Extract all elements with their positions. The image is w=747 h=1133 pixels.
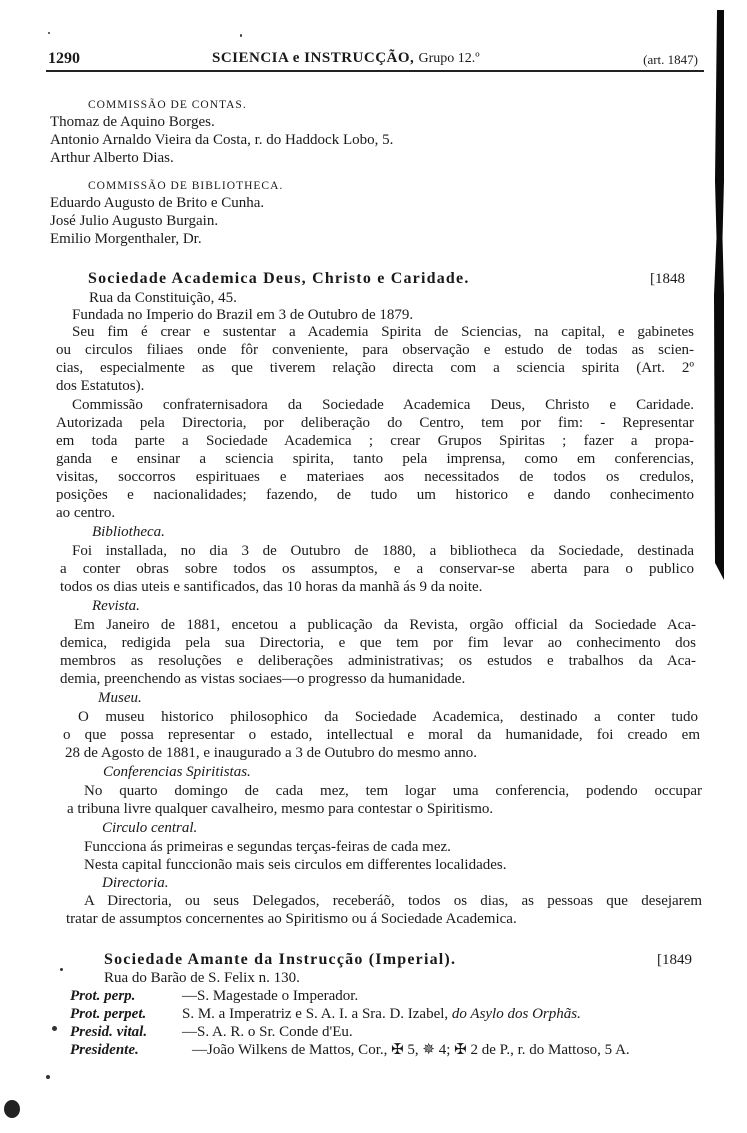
scan-blot: [4, 1100, 20, 1118]
section-line: No quarto domingo de cada mez, tem logar…: [84, 782, 702, 800]
subsection-title-revista: Revista.: [92, 597, 140, 615]
scan-speck: [52, 1026, 57, 1031]
scan-speck: [60, 968, 63, 971]
running-header: 1290 SCIENCIA e INSTRUCÇÃO, Grupo 12.º (…: [46, 48, 704, 72]
purpose-line: ou circulos filiaes onde fôr conveniente…: [56, 341, 694, 359]
entry-number: [1849: [657, 951, 692, 969]
entry-address: Rua da Constituição, 45.: [89, 289, 237, 307]
officer-role: Presidente.: [70, 1041, 192, 1059]
header-title: SCIENCIA e INSTRUCÇÃO, Grupo 12.º: [212, 50, 480, 67]
officer-role: Prot. perp.: [70, 987, 182, 1005]
section-line: Em Janeiro de 1881, encetou a publicação…: [74, 616, 696, 634]
subsection-title-bibliotheca: Bibliotheca.: [92, 523, 165, 541]
section-heading-contas: COMMISSÃO DE CONTAS.: [88, 96, 247, 114]
section-line: todos os dias uteis e santificados, das …: [60, 578, 482, 596]
section-line: demia, preenchendo as vistas sociaes—o p…: [60, 670, 465, 688]
section-line: Foi installada, no dia 3 de Outubro de 1…: [72, 542, 694, 560]
officer-row: Presid. vital.—S. A. R. o Sr. Conde d'Eu…: [70, 1023, 353, 1041]
scan-speck: [48, 32, 50, 34]
officer-row: Prot. perp.—S. Magestade o Imperador.: [70, 987, 358, 1005]
subsection-title-conferencias: Conferencias Spiritistas.: [103, 763, 251, 781]
member-name: Antonio Arnaldo Vieira da Costa, r. do H…: [50, 131, 393, 149]
entry-title-academica: Sociedade Academica Deus, Christo e Cari…: [88, 270, 470, 288]
section-heading-bibliotheca: COMMISSÃO DE BIBLIOTHECA.: [88, 177, 283, 195]
member-name: Thomaz de Aquino Borges.: [50, 113, 215, 131]
officer-text: S. M. a Imperatriz e S. A. I. a Sra. D. …: [182, 1006, 452, 1022]
subsection-title-museu: Museu.: [98, 689, 142, 707]
commissao-line: Commissão confraternisadora da Sociedade…: [72, 396, 694, 414]
section-line: O museu historico philosophico da Socied…: [78, 708, 698, 726]
commissao-line: visitas, soccorros espirituaes e materia…: [56, 468, 694, 486]
officer-text: —S. A. R. o Sr. Conde d'Eu.: [182, 1024, 353, 1040]
officer-role: Presid. vital.: [70, 1023, 182, 1041]
section-line: Funcciona ás primeiras e segundas terças…: [84, 838, 451, 856]
section-line: a conter obras sobre todos os assumptos,…: [60, 560, 694, 578]
officer-role: Prot. perpet.: [70, 1005, 182, 1023]
section-line: tratar de assumptos concernentes ao Spir…: [66, 910, 517, 928]
section-line: Nesta capital funccionão mais seis circu…: [84, 856, 506, 874]
member-name: Emilio Morgenthaler, Dr.: [50, 230, 202, 248]
header-article: (art. 1847): [643, 52, 698, 68]
purpose-line: dos Estatutos).: [56, 377, 144, 395]
subsection-title-circulo: Circulo central.: [102, 819, 197, 837]
page-number: 1290: [48, 50, 80, 68]
commissao-line: ganda e ensinar a sciencia spirita, tant…: [56, 450, 694, 468]
officer-text: —S. Magestade o Imperador.: [182, 988, 358, 1004]
entry-founded: Fundada no Imperio do Brazil em 3 de Out…: [72, 306, 413, 324]
member-name: Eduardo Augusto de Brito e Cunha.: [50, 194, 264, 212]
commissao-line: posições e nacionalidades; fazendo, de t…: [56, 486, 694, 504]
commissao-line: Autorizada pela Directoria, por delibera…: [56, 414, 694, 432]
section-line: A Directoria, ou seus Delegados, receber…: [84, 892, 702, 910]
commissao-line: ao centro.: [56, 504, 115, 522]
section-line: o que possa representar o estado, intell…: [63, 726, 700, 744]
officer-text-italic: do Asylo dos Orphãs.: [452, 1006, 581, 1022]
header-group: Grupo 12.º: [419, 51, 480, 66]
section-line: demica, redigida pela sua Directoria, e …: [60, 634, 696, 652]
section-line: a tribuna livre qualquer cavalheiro, mes…: [67, 800, 493, 818]
scan-speck: [240, 34, 242, 37]
scanned-page: 1290 SCIENCIA e INSTRUCÇÃO, Grupo 12.º (…: [0, 0, 747, 1133]
entry-address: Rua do Barão de S. Felix n. 130.: [104, 969, 300, 987]
binding-edge-shadow: [714, 10, 724, 580]
entry-title-amante: Sociedade Amante da Instrucção (Imperial…: [104, 951, 456, 969]
officer-row: Prot. perpet.S. M. a Imperatriz e S. A. …: [70, 1005, 581, 1023]
section-line: 28 de Agosto de 1881, e inaugurado a 3 d…: [65, 744, 477, 762]
scan-speck: [46, 1075, 50, 1079]
section-line: membros as resoluções e deliberações adm…: [60, 652, 696, 670]
purpose-line: cias, especialmente as que tiverem relaç…: [56, 359, 694, 377]
member-name: José Julio Augusto Burgain.: [50, 212, 218, 230]
commissao-line: em toda parte a Sociedade Academica ; cr…: [56, 432, 694, 450]
officer-row: Presidente.—João Wilkens de Mattos, Cor.…: [70, 1041, 630, 1059]
officer-text: —João Wilkens de Mattos, Cor., ✠ 5, ✵ 4;…: [192, 1042, 630, 1058]
purpose-line: Seu fim é crear e sustentar a Academia S…: [72, 323, 694, 341]
subsection-title-directoria: Directoria.: [102, 874, 169, 892]
entry-number: [1848: [650, 270, 685, 288]
member-name: Arthur Alberto Dias.: [50, 149, 174, 167]
